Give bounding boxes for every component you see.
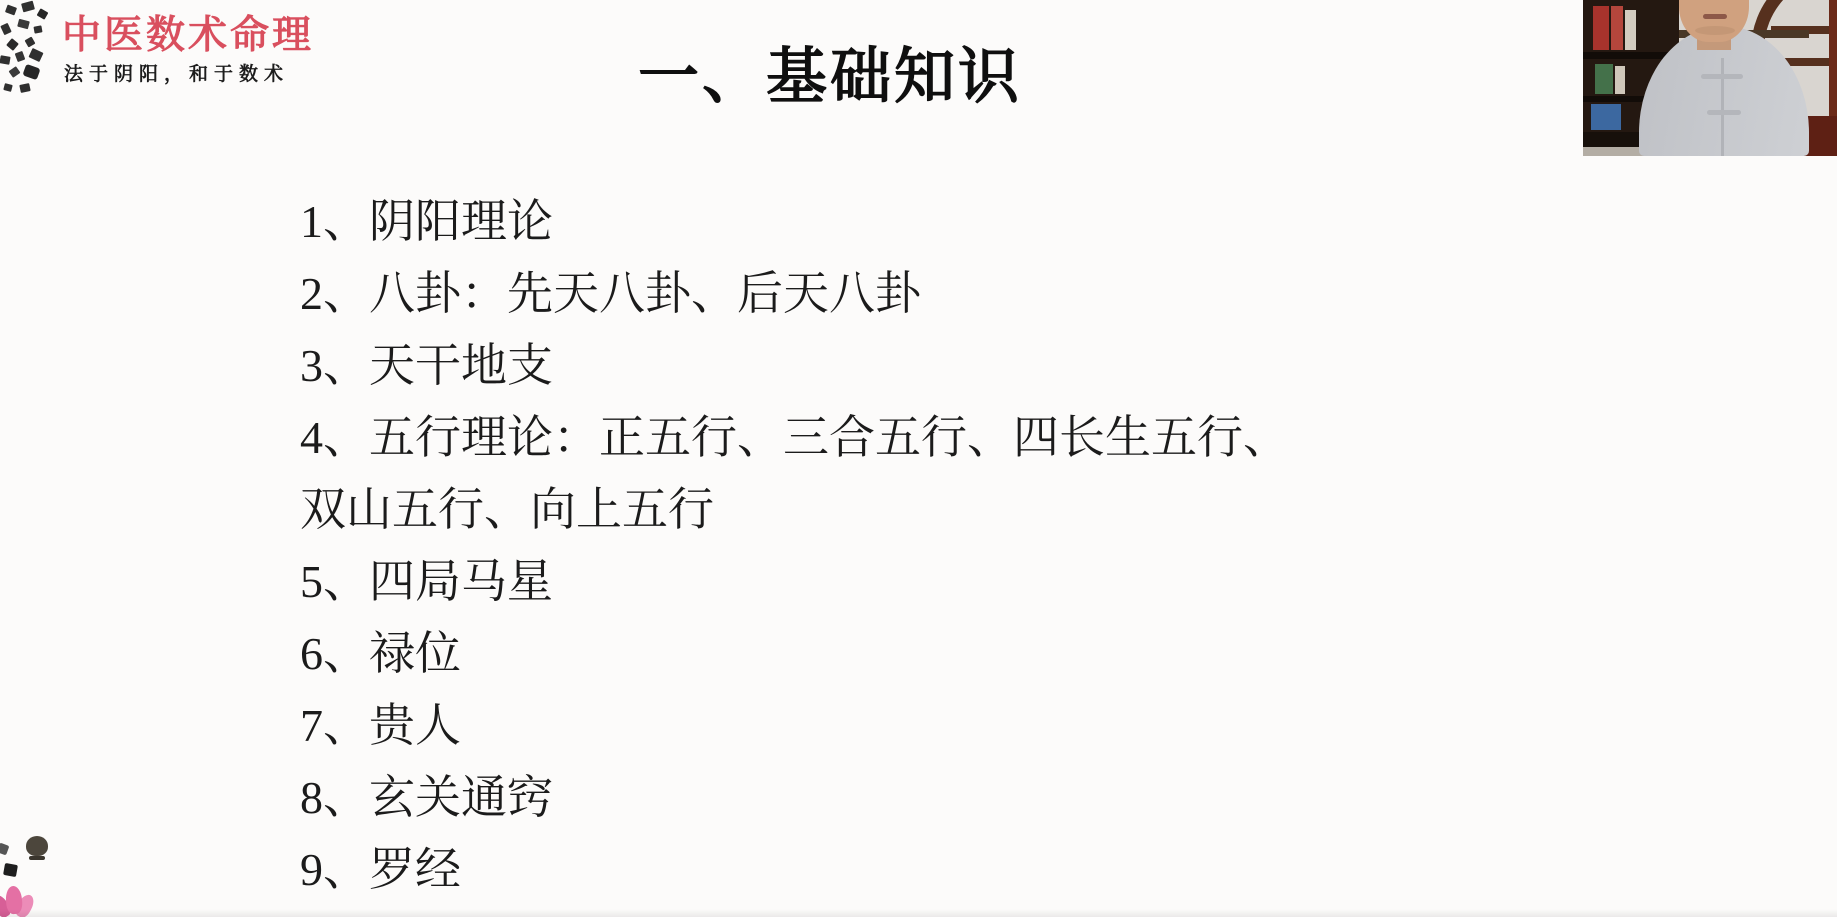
shirt-placket — [1721, 58, 1724, 156]
book-spine — [1593, 6, 1609, 50]
bottom-edge-shadow — [0, 909, 1837, 917]
lecture-slide-page: 中医数术命理 法于阴阳，和于数术 一、基础知识 1、阴阳理论 2、八卦：先天八卦… — [0, 0, 1837, 917]
list-item: 2、八卦：先天八卦、后天八卦 — [300, 258, 1500, 330]
list-item: 1、阴阳理论 — [300, 186, 1500, 258]
outline-list: 1、阴阳理论 2、八卦：先天八卦、后天八卦 3、天干地支 4、五行理论：正五行、… — [300, 186, 1500, 906]
logo-title: 中医数术命理 — [62, 4, 314, 60]
frog-button — [1707, 110, 1741, 115]
presenter-video — [1583, 0, 1837, 156]
list-item-continuation: 双山五行、向上五行 — [300, 474, 1500, 546]
logo-tagline: 法于阴阳，和于数术 — [64, 59, 289, 86]
book-spine — [1625, 10, 1636, 50]
presenter-mouth — [1703, 14, 1727, 19]
frog-button — [1701, 74, 1743, 79]
ink-speck-icon — [3, 863, 18, 877]
list-item: 3、天干地支 — [300, 330, 1500, 402]
pebble-figure-icon — [26, 836, 48, 856]
book-spine — [1615, 66, 1625, 94]
book-spine — [1591, 104, 1621, 130]
list-item: 6、禄位 — [300, 618, 1500, 690]
list-item: 4、五行理论：正五行、三合五行、四长生五行、 — [300, 402, 1500, 474]
slide-title: 一、基础知识 — [638, 28, 1022, 115]
book-spine — [1595, 64, 1613, 94]
book-spine — [1611, 6, 1623, 50]
ink-speck-icon — [0, 843, 9, 856]
list-item: 8、玄关通窍 — [300, 762, 1500, 834]
list-item: 5、四局马星 — [300, 546, 1500, 618]
confetti-seal-icon — [0, 0, 60, 100]
list-item: 9、罗经 — [300, 834, 1500, 906]
list-item: 7、贵人 — [300, 690, 1500, 762]
chin-shadow — [1695, 26, 1735, 35]
